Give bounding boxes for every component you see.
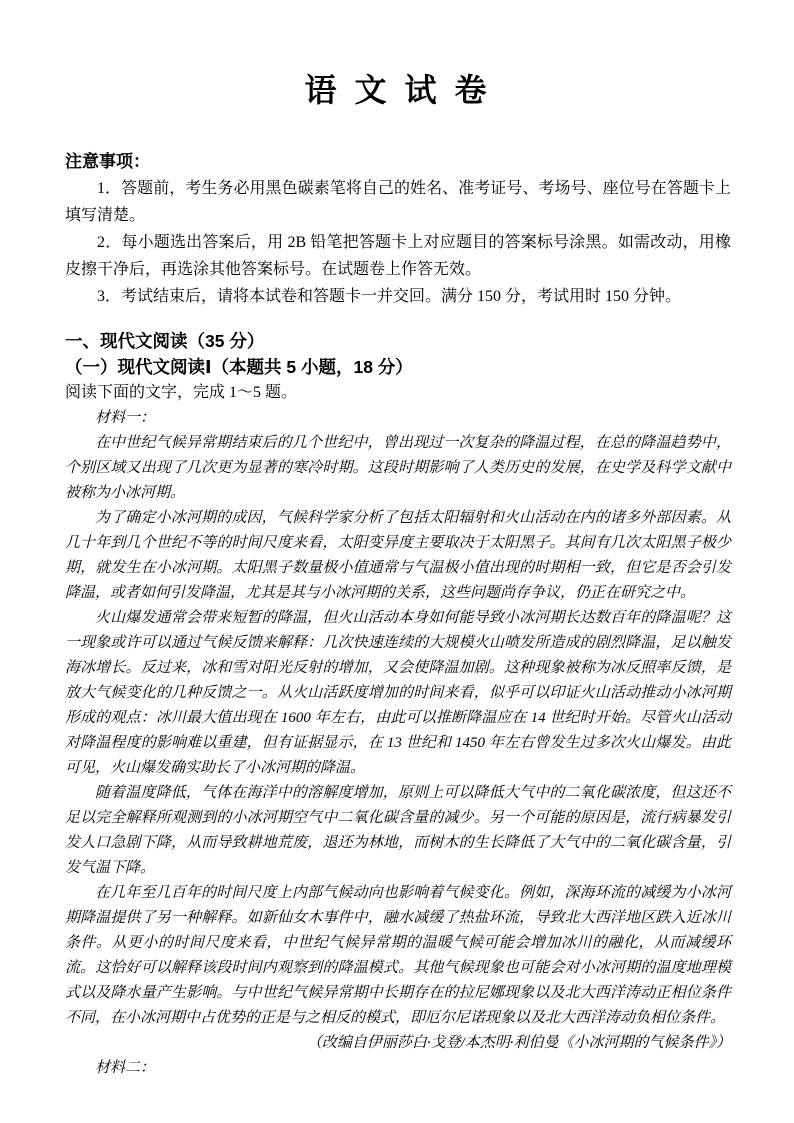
material-1-paragraph-2: 为了确定小冰河期的成因，气候科学家分析了包括太阳辐射和火山活动在内的诸多外部因素… (65, 506, 731, 606)
material-1-paragraph-3: 火山爆发通常会带来短暂的降温，但火山活动本身如何能导致小冰河期长达数百年的降温呢… (65, 606, 731, 781)
page-title: 语 文 试 卷 (65, 70, 731, 110)
material-1-paragraph-4: 随着温度降低，气体在海洋中的溶解度增加，原则上可以降低大气中的二氧化碳浓度，但这… (65, 781, 731, 881)
material-1-attribution: （改编自伊丽莎白·戈登/本杰明·利伯曼《小冰河期的气候条件》） (65, 1031, 731, 1056)
notice-heading: 注意事项： (65, 148, 731, 175)
material-1: 材料一： 在中世纪气候异常期结束后的几个世纪中，曾出现过一次复杂的降温过程，在总… (65, 406, 731, 1056)
notice-item-2: 2．每小题选出答案后，用 2B 铅笔把答题卡上对应题目的答案标号涂黑。如需改动，… (65, 229, 731, 283)
material-1-paragraph-1: 在中世纪气候异常期结束后的几个世纪中，曾出现过一次复杂的降温过程，在总的降温趋势… (65, 431, 731, 506)
notice-item-1: 1．答题前，考生务必用黑色碳素笔将自己的姓名、准考证号、考场号、座位号在答题卡上… (65, 175, 731, 229)
exam-paper-page: 语 文 试 卷 注意事项： 1．答题前，考生务必用黑色碳素笔将自己的姓名、准考证… (0, 0, 794, 1123)
notice-section: 注意事项： 1．答题前，考生务必用黑色碳素笔将自己的姓名、准考证号、考场号、座位… (65, 148, 731, 310)
reading-instruction: 阅读下面的文字，完成 1～5 题。 (65, 380, 731, 406)
material-1-label: 材料一： (65, 406, 731, 431)
material-2-label: 材料二： (65, 1056, 731, 1081)
material-2: 材料二： (65, 1056, 731, 1081)
material-1-paragraph-5: 在几年至几百年的时间尺度上内部气候动向也影响着气候变化。例如，深海环流的减缓为小… (65, 881, 731, 1031)
section-heading: 一、现代文阅读（35 分） (65, 328, 731, 354)
section-modern-reading: 一、现代文阅读（35 分） （一）现代文阅读Ⅰ（本题共 5 小题，18 分） 阅… (65, 328, 731, 1081)
subsection-heading: （一）现代文阅读Ⅰ（本题共 5 小题，18 分） (65, 354, 731, 380)
notice-item-3: 3．考试结束后，请将本试卷和答题卡一并交回。满分 150 分，考试用时 150 … (65, 283, 731, 310)
